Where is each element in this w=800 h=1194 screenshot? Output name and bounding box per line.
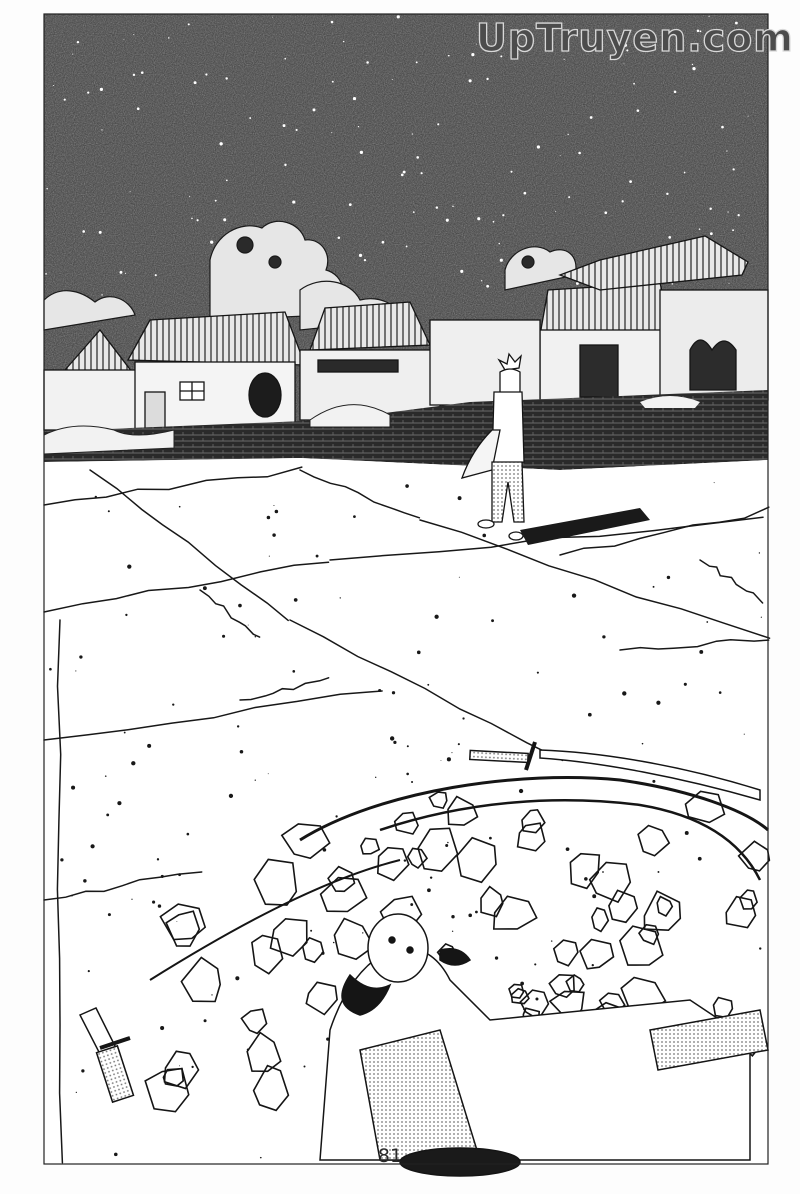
- page-number: 81: [370, 1144, 410, 1168]
- watermark: UpTruyen.com: [476, 16, 772, 60]
- panel: [44, 14, 770, 1176]
- manga-page: UpTruyen.com 81: [0, 0, 800, 1194]
- manga-illustration: [0, 0, 800, 1194]
